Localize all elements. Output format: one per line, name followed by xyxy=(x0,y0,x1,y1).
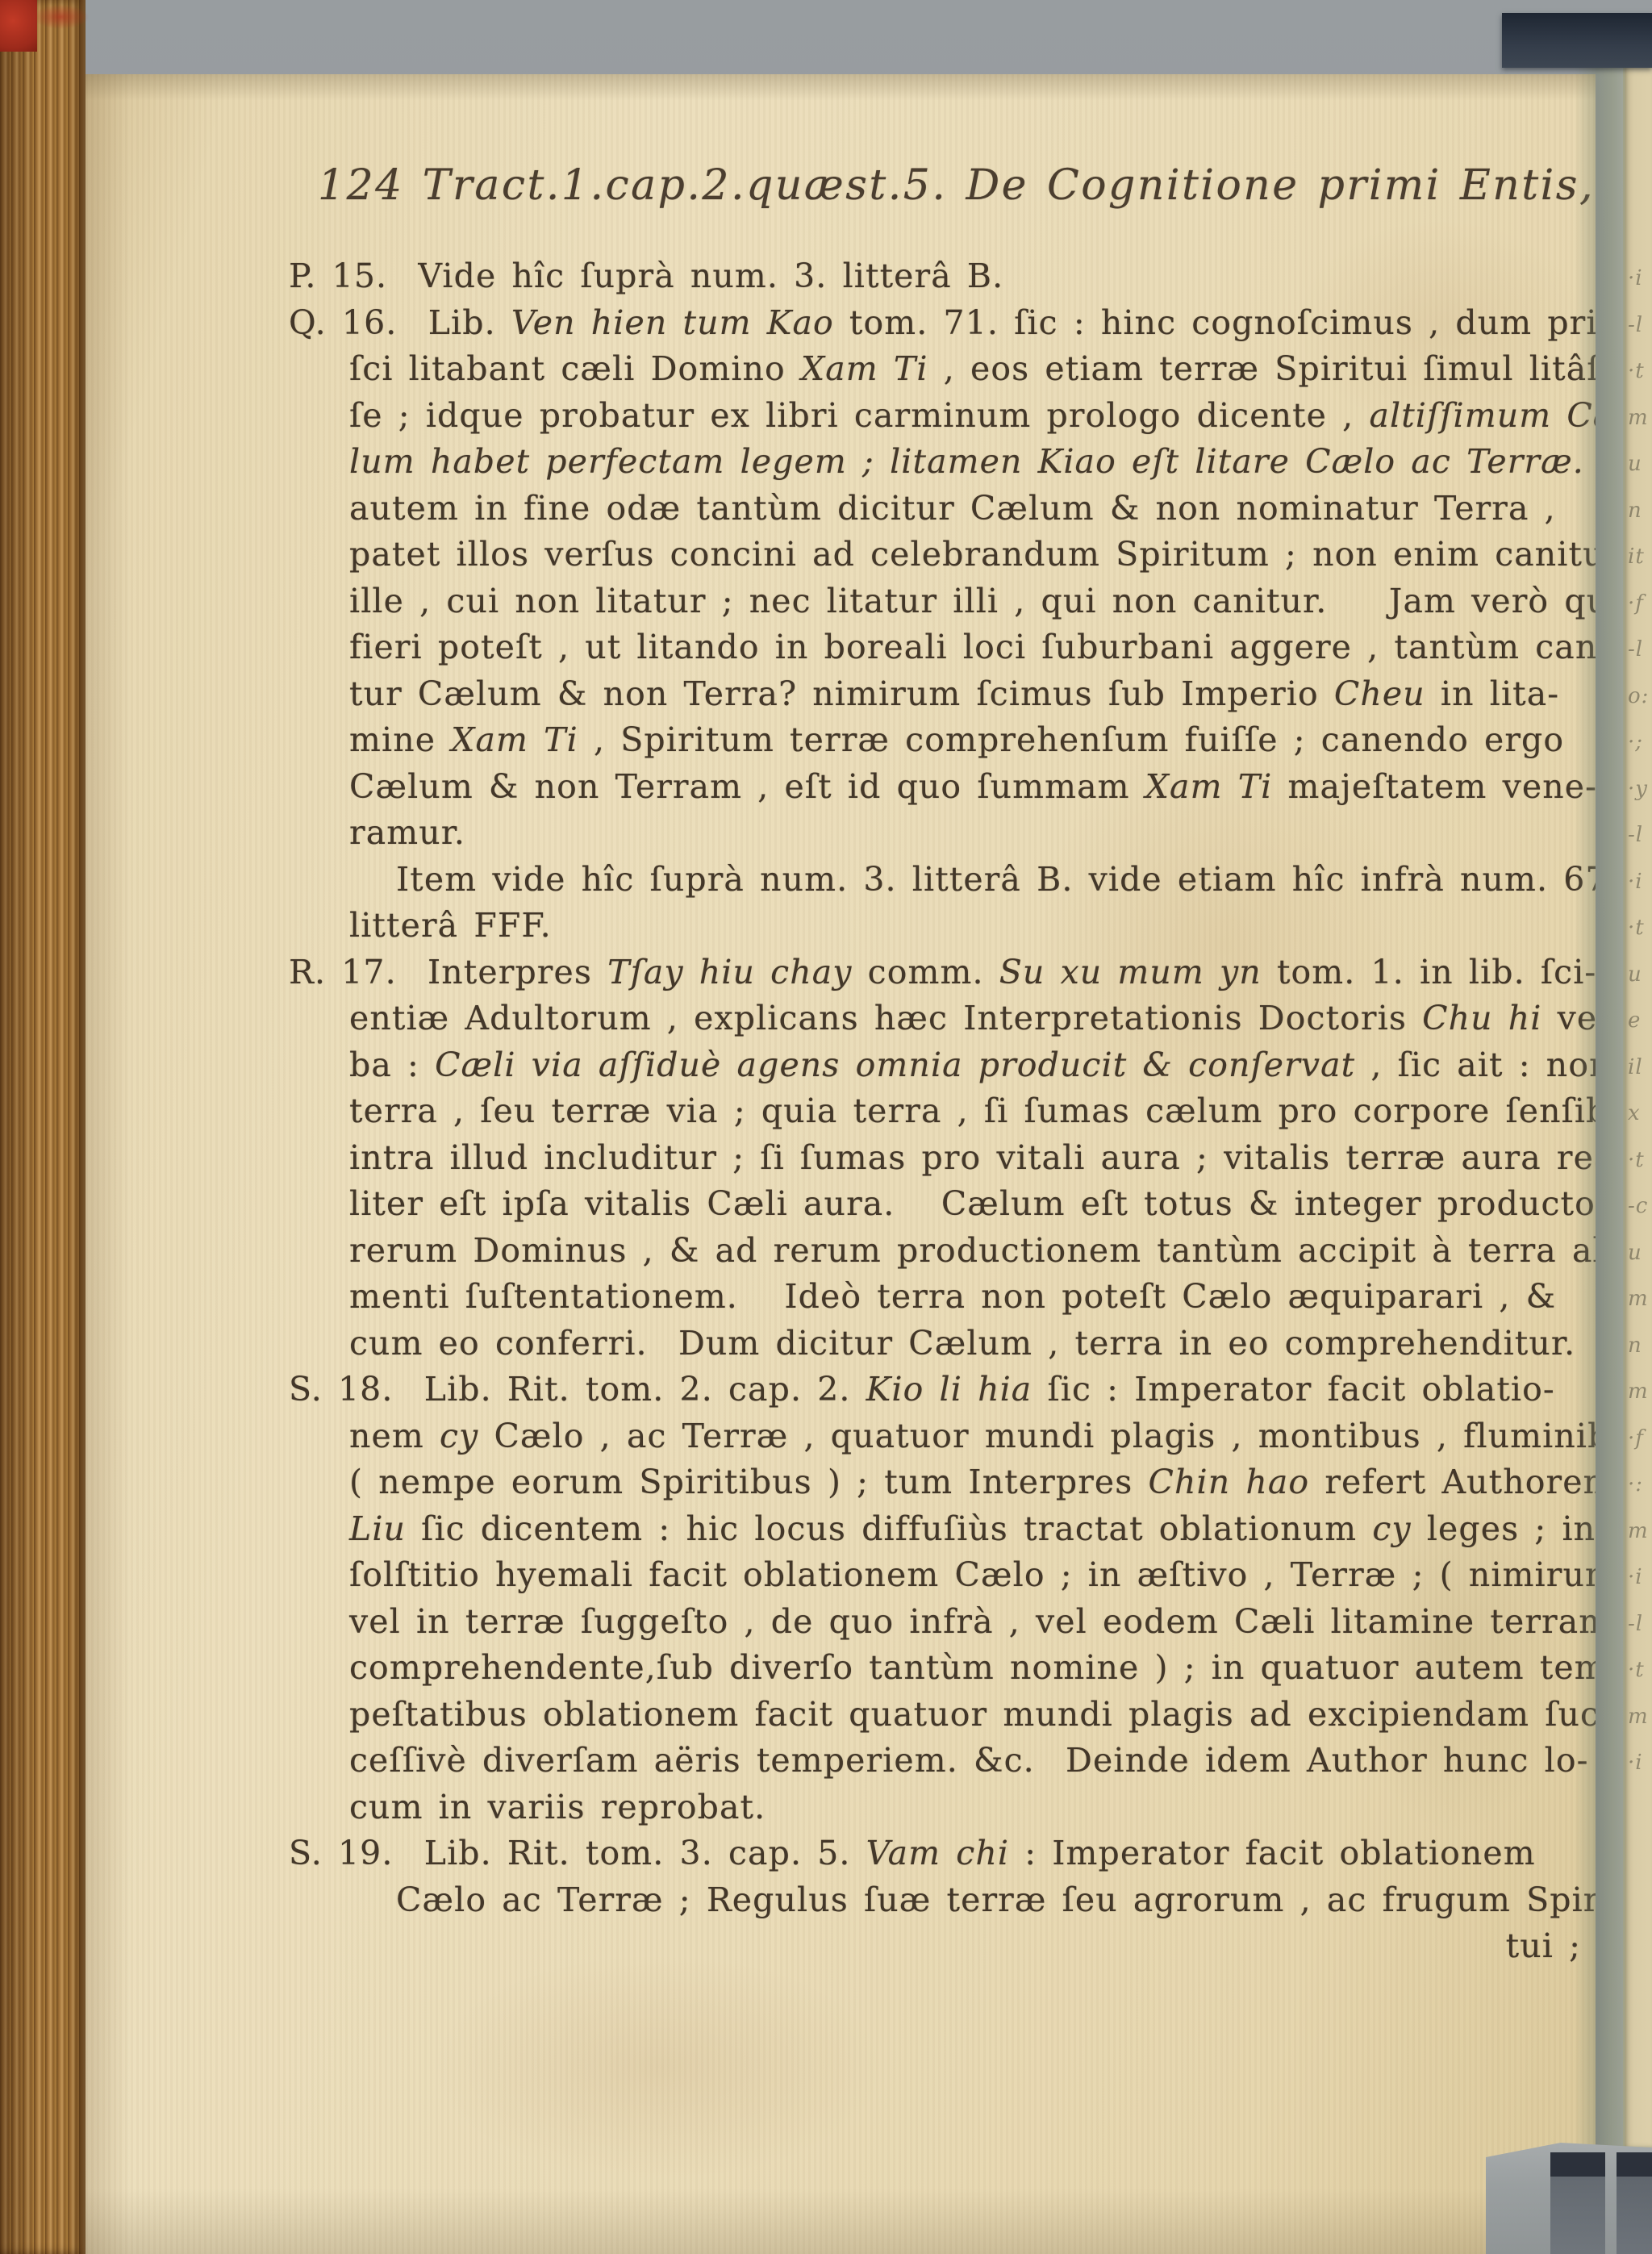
fore-edge-mark: ·t xyxy=(1628,359,1645,383)
text-segment: S. 18. Lib. Rit. tom. 2. cap. 2. xyxy=(289,1370,866,1409)
text-segment: ſci litabant cæli Domino xyxy=(349,349,801,388)
text-segment: Cælo ac Terræ ; Regulus ſuæ terræ ſeu ag… xyxy=(396,1880,1596,1919)
text-segment: ille , cui non litatur ; nec litatur ill… xyxy=(349,582,1596,620)
fore-edge-mark: il xyxy=(1628,1055,1643,1079)
paper-stain xyxy=(432,1954,884,2180)
text-line: intra illud includitur ; ſi ſumas pro vi… xyxy=(349,1137,1596,1178)
text-line: ( nempe eorum Spiritibus ) ; tum Interpr… xyxy=(349,1462,1596,1502)
text-line: cum in variis reprobat. xyxy=(349,1787,766,1827)
text-line: P. 15. Vide hîc ſuprà num. 3. litterâ B. xyxy=(289,256,1003,296)
book-page: 124 Tract.1.cap.2.quæst.5. De Cognitione… xyxy=(86,74,1596,2254)
text-line: rerum Dominus , & ad rerum productionem … xyxy=(349,1230,1596,1271)
text-segment: Vam chi xyxy=(866,1834,1009,1872)
text-segment: refert Authorem xyxy=(1309,1463,1596,1501)
text-line: fieri poteſt , ut litando in boreali loc… xyxy=(349,627,1596,667)
text-segment: Chin hao xyxy=(1149,1463,1310,1501)
text-line: Item vide hîc ſuprà num. 3. litterâ B. v… xyxy=(396,859,1596,900)
text-line: ſe ; idque probatur ex libri carminum pr… xyxy=(349,395,1596,436)
fore-edge-mark: ·; xyxy=(1628,730,1643,754)
text-line: entiæ Adultorum , explicans hæc Interpre… xyxy=(349,998,1596,1038)
text-segment: Tſay hiu chay xyxy=(607,953,852,991)
text-segment: litterâ FFF. xyxy=(349,906,552,945)
text-segment: comm. xyxy=(853,953,999,991)
text-line: peſtatibus oblationem facit quatuor mund… xyxy=(349,1694,1596,1734)
text-column: P. 15. Vide hîc ſuprà num. 3. litterâ B.… xyxy=(86,74,1586,2254)
text-segment: leges ; in xyxy=(1412,1509,1596,1548)
paper-stain xyxy=(1295,219,1586,429)
text-line: lum habet perfectam legem ; litamen Kiao… xyxy=(349,441,1596,482)
text-segment: vel in terræ ſuggeſto , de quo infrà , v… xyxy=(349,1602,1596,1641)
fore-edge-mark: -l xyxy=(1628,1612,1643,1636)
text-segment: tom. 71. ſic : hinc cognoſcimus , dum pr… xyxy=(849,303,1596,342)
text-segment: , ſic ait : non dicitur xyxy=(1355,1046,1596,1084)
text-line: R. 17. Interpres Tſay hiu chay comm. Su … xyxy=(289,952,1596,992)
text-segment: tur Cælum & non Terra? nimirum ſcimus ſu… xyxy=(349,674,1334,713)
fore-edge-mark: u xyxy=(1628,1241,1642,1265)
text-segment: ba : xyxy=(349,1046,435,1084)
text-line: Liu ſic dicentem : hic locus diffuſiùs t… xyxy=(349,1509,1596,1549)
book-strap-bottom-left xyxy=(1550,2152,1605,2254)
text-segment: mine xyxy=(349,720,451,759)
fore-edge-mark: ·i xyxy=(1628,266,1643,290)
text-segment: Cælum & non Terram , eſt id quo ſummam xyxy=(349,767,1145,806)
text-line: comprehendente,ſub diverſo tantùm nomine… xyxy=(349,1647,1596,1688)
running-header: 124 Tract.1.cap.2.quæst.5. De Cognitione… xyxy=(318,161,1595,210)
book-scan: 124 Tract.1.cap.2.quæst.5. De Cognitione… xyxy=(0,0,1652,2254)
fore-edge-mark: m xyxy=(1628,1705,1649,1729)
text-line: cum eo conferri. Dum dicitur Cælum , ter… xyxy=(349,1323,1575,1363)
text-segment: Ven hien tum Kao xyxy=(511,303,849,342)
text-line: autem in fine odæ tantùm dicitur Cælum &… xyxy=(349,488,1556,528)
text-segment: Xam Ti xyxy=(1145,767,1273,806)
text-segment: menti ſuſtentationem. Ideò terra non pot… xyxy=(349,1277,1556,1316)
fore-edge-mark: -l xyxy=(1628,823,1643,847)
book-strap-bottom-right xyxy=(1617,2152,1652,2254)
text-line: tur Cælum & non Terra? nimirum ſcimus ſu… xyxy=(349,674,1559,714)
text-line: menti ſuſtentationem. Ideò terra non pot… xyxy=(349,1276,1556,1317)
text-line: tui ; xyxy=(349,1926,1581,1966)
text-segment: comprehendente,ſub diverſo tantùm nomine… xyxy=(349,1648,1596,1687)
fore-edge-mark: ·t xyxy=(1628,1148,1645,1172)
next-page-sliver: ·i-l·tmunit·f-lo:·;·y-l·i·tueilx·t-cumnm… xyxy=(1623,66,1652,2148)
text-segment: Su xu mum yn xyxy=(999,953,1262,991)
text-segment: P. 15. Vide hîc ſuprà num. 3. litterâ B. xyxy=(289,257,1003,295)
text-segment: , eos etiam terræ Spiritui ſimul litâſ- xyxy=(928,349,1596,388)
text-line: ramur. xyxy=(349,812,465,853)
book-page-edges xyxy=(0,0,86,2254)
text-segment: Cheu xyxy=(1334,674,1425,713)
text-line: nem cy Cælo , ac Terræ , quatuor mundi p… xyxy=(349,1416,1596,1456)
text-segment: Chu hi xyxy=(1422,999,1541,1037)
text-segment: R. 17. Interpres xyxy=(289,953,607,991)
text-segment: , Spiritum terræ comprehenſum fuiſſe ; c… xyxy=(578,720,1564,759)
text-line: terra , ſeu terræ via ; quia terra , ſi … xyxy=(349,1091,1596,1131)
text-segment: Kio li hia xyxy=(866,1370,1032,1409)
text-segment: ramur. xyxy=(349,813,465,852)
text-segment: lum habet perfectam legem ; litamen Kiao… xyxy=(349,442,1584,481)
fore-edge-mark: e xyxy=(1628,1008,1641,1033)
text-line: Q. 16. Lib. Ven hien tum Kao tom. 71. ſi… xyxy=(289,303,1596,343)
text-line: ille , cui non litatur ; nec litatur ill… xyxy=(349,581,1596,621)
text-segment: : Imperator facit oblationem xyxy=(1009,1834,1536,1872)
text-segment: Cæli via aſſiduè agens omnia producit & … xyxy=(435,1046,1355,1084)
paper-stain xyxy=(1344,1462,1570,1833)
text-segment: Xam Ti xyxy=(451,720,578,759)
text-line: mine Xam Ti , Spiritum terræ comprehenſu… xyxy=(349,720,1564,760)
text-segment: ſic dicentem : hic locus diffuſiùs tract… xyxy=(406,1509,1372,1548)
fore-edge-mark: ·i xyxy=(1628,1751,1643,1775)
text-segment: tom. 1. in lib. ſci- xyxy=(1262,953,1596,991)
text-segment: majeſtatem vene- xyxy=(1272,767,1596,806)
fore-edge-mark: n xyxy=(1628,1334,1642,1358)
fore-edge-mark: m xyxy=(1628,1380,1649,1404)
fore-edge-mark: ·f xyxy=(1628,591,1644,616)
fore-edge-mark: ·t xyxy=(1628,1658,1645,1682)
text-line: S. 19. Lib. Rit. tom. 3. cap. 5. Vam chi… xyxy=(289,1833,1536,1873)
text-segment: nem xyxy=(349,1417,440,1455)
fore-edge-mark: it xyxy=(1628,545,1645,569)
text-segment: entiæ Adultorum , explicans hæc Interpre… xyxy=(349,999,1422,1037)
text-segment: Liu xyxy=(349,1509,406,1548)
text-segment: patet illos verſus concini ad celebrandu… xyxy=(349,535,1596,574)
fore-edge-mark: -l xyxy=(1628,313,1643,337)
text-segment: fieri poteſt , ut litando in boreali loc… xyxy=(349,628,1596,666)
text-segment: autem in fine odæ tantùm dicitur Cælum &… xyxy=(349,489,1556,528)
fore-edge-mark: m xyxy=(1628,1287,1649,1311)
fore-edge-mark: u xyxy=(1628,962,1642,987)
book-strap-top xyxy=(1502,13,1652,68)
text-line: ſci litabant cæli Domino Xam Ti , eos et… xyxy=(349,349,1596,389)
text-segment: ſic : Imperator facit oblatio- xyxy=(1032,1370,1555,1409)
fore-edge-mark: m xyxy=(1628,406,1649,430)
red-smudge xyxy=(32,5,89,29)
fore-edge-mark: o: xyxy=(1628,684,1649,708)
text-segment: ( nempe eorum Spiritibus ) ; tum Interpr… xyxy=(349,1463,1149,1501)
text-segment: ceſſivè diverſam aëris temperiem. &c. De… xyxy=(349,1741,1589,1780)
fore-edge-mark: x xyxy=(1628,1101,1641,1125)
text-segment: cum in variis reprobat. xyxy=(349,1788,766,1826)
text-segment: Cælo , ac Terræ , quatuor mundi plagis ,… xyxy=(478,1417,1596,1455)
text-line: Cælo ac Terræ ; Regulus ſuæ terræ ſeu ag… xyxy=(396,1880,1596,1920)
text-line: ba : Cæli via aſſiduè agens omnia produc… xyxy=(349,1045,1596,1085)
text-segment: cy xyxy=(440,1417,478,1455)
text-segment: intra illud includitur ; ſi ſumas pro vi… xyxy=(349,1138,1596,1177)
text-segment: peſtatibus oblationem facit quatuor mund… xyxy=(349,1695,1596,1734)
paper-stain xyxy=(1037,736,1408,1155)
fore-edge-mark: u xyxy=(1628,452,1642,476)
text-line: ſolſtitio hyemali facit oblationem Cælo … xyxy=(349,1555,1596,1595)
fore-edge-mark: ·i xyxy=(1628,1565,1643,1589)
text-line: ceſſivè diverſam aëris temperiem. &c. De… xyxy=(349,1740,1589,1780)
text-segment: rerum Dominus , & ad rerum productionem … xyxy=(349,1231,1596,1270)
text-line: vel in terræ ſuggeſto , de quo infrà , v… xyxy=(349,1601,1596,1642)
fore-edge-mark: ·f xyxy=(1628,1426,1644,1450)
text-line: litterâ FFF. xyxy=(349,905,552,945)
text-segment: altiſſimum Cæ- xyxy=(1369,396,1596,435)
text-segment: cy xyxy=(1372,1509,1411,1548)
text-segment: tui ; xyxy=(1506,1926,1581,1965)
red-headband xyxy=(0,0,37,52)
text-segment: Item vide hîc ſuprà num. 3. litterâ B. v… xyxy=(396,860,1596,899)
fore-edge-mark: ·t xyxy=(1628,916,1645,940)
fore-edge-mark: n xyxy=(1628,499,1642,523)
page-crease xyxy=(1575,63,1625,2152)
text-segment: cum eo conferri. Dum dicitur Cælum , ter… xyxy=(349,1324,1575,1363)
fore-edge-mark: ·i xyxy=(1628,870,1643,894)
text-segment: Q. 16. Lib. xyxy=(289,303,511,342)
text-segment: Xam Ti xyxy=(801,349,928,388)
text-segment: in lita- xyxy=(1425,674,1559,713)
text-segment: S. 19. Lib. Rit. tom. 3. cap. 5. xyxy=(289,1834,866,1872)
text-line: S. 18. Lib. Rit. tom. 2. cap. 2. Kio li … xyxy=(289,1369,1555,1409)
text-line: patet illos verſus concini ad celebrandu… xyxy=(349,534,1596,574)
fore-edge-mark: -l xyxy=(1628,637,1643,662)
text-line: liter eſt ipſa vitalis Cæli aura. Cælum … xyxy=(349,1183,1596,1224)
text-line: Cælum & non Terram , eſt id quo ſummam X… xyxy=(349,766,1596,807)
text-segment: liter eſt ipſa vitalis Cæli aura. Cælum … xyxy=(349,1184,1596,1223)
fore-edge-mark: ·y xyxy=(1628,777,1648,801)
fore-edge-mark: -c xyxy=(1628,1194,1648,1218)
text-segment: ſe ; idque probatur ex libri carminum pr… xyxy=(349,396,1369,435)
text-segment: terra , ſeu terræ via ; quia terra , ſi … xyxy=(349,1092,1596,1130)
fore-edge-mark: ·: xyxy=(1628,1472,1643,1496)
fore-edge-mark: m xyxy=(1628,1519,1649,1543)
text-segment: ſolſtitio hyemali facit oblationem Cælo … xyxy=(349,1555,1596,1594)
